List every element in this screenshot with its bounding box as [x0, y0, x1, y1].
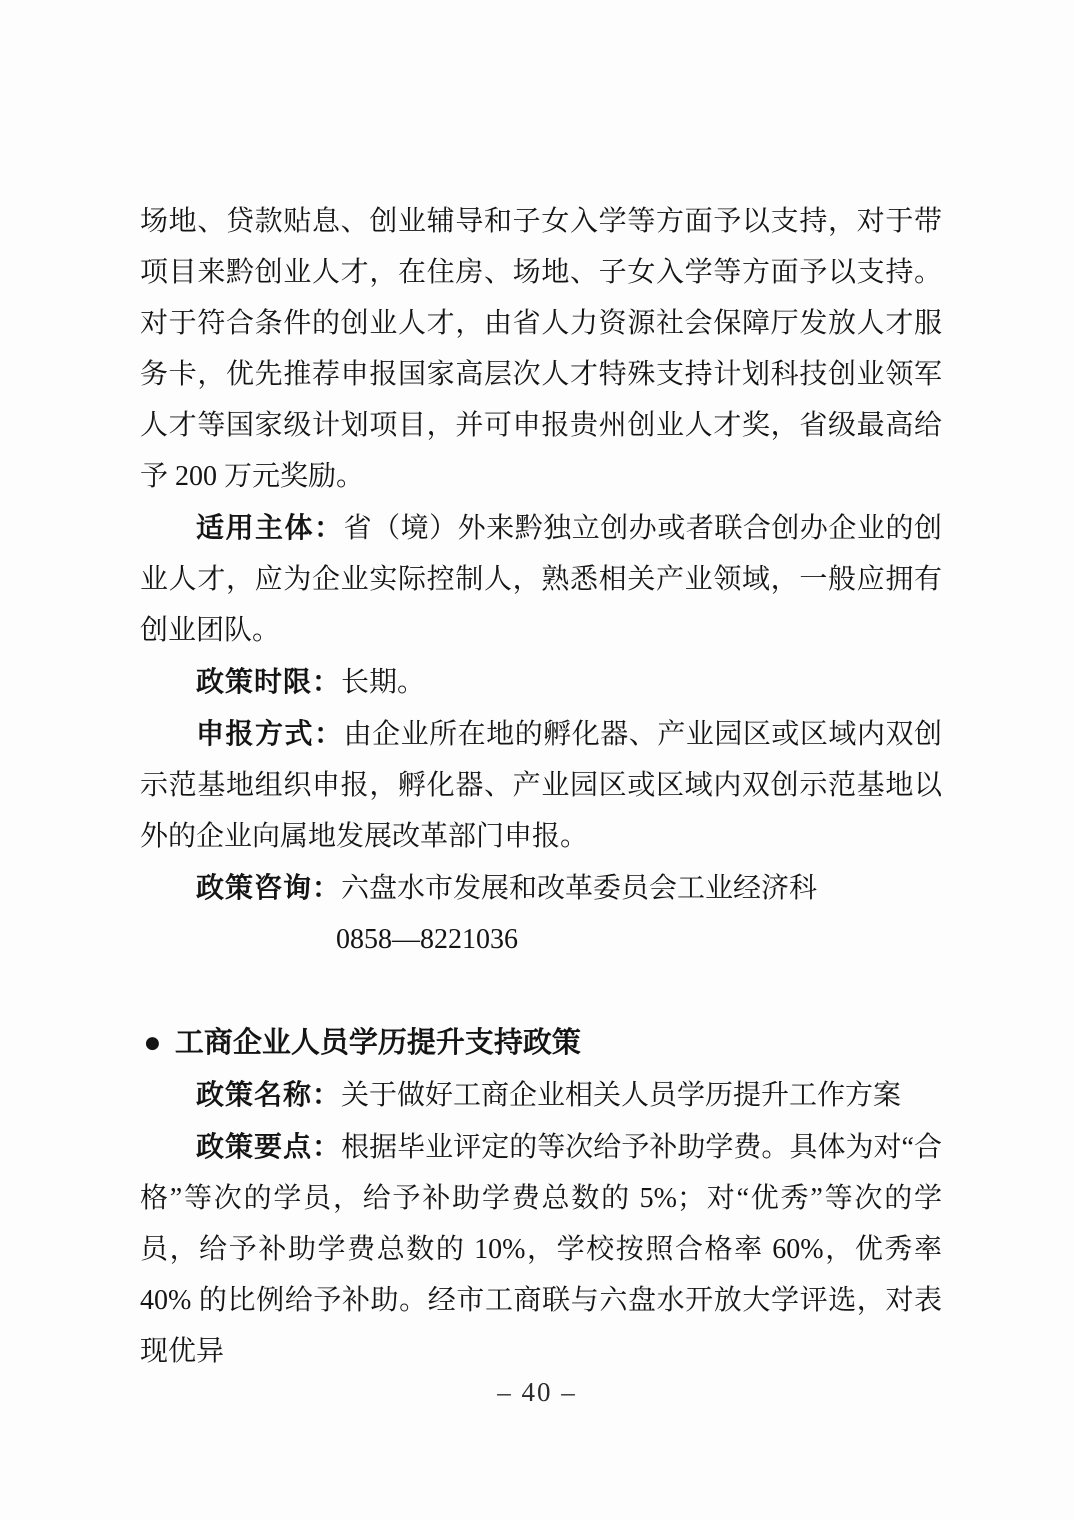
document-page: 场地、贷款贴息、创业辅导和子女入学等方面予以支持，对于带项目来黔创业人才，在住房… [0, 0, 1074, 1520]
bullet-icon: ● [145, 1018, 160, 1069]
policy-consultation-text: 六盘水市发展和改革委员会工业经济科 [341, 873, 817, 904]
section-heading: ● 工商企业人员学历提升支持政策 [140, 1018, 942, 1069]
policy-name-text: 关于做好工商企业相关人员学历提升工作方案 [341, 1080, 901, 1111]
contact-phone-number: 0858—8221036 [140, 914, 942, 965]
paragraph-policy-consultation: 政策咨询：六盘水市发展和改革委员会工业经济科 [140, 862, 942, 914]
paragraph-policy-name: 政策名称：关于做好工商企业相关人员学历提升工作方案 [140, 1069, 942, 1121]
paragraph-applicable-subject: 适用主体：省（境）外来黔独立创办或者联合创办企业的创业人才，应为企业实际控制人，… [140, 502, 942, 656]
policy-name-label: 政策名称： [196, 1079, 341, 1110]
page-content: 场地、贷款贴息、创业辅导和子女入学等方面予以支持，对于带项目来黔创业人才，在住房… [140, 196, 942, 1377]
policy-duration-text: 长期。 [341, 667, 425, 698]
paragraph-policy-points: 政策要点：根据毕业评定的等次给予补助学费。具体为对“合格”等次的学员，给予补助学… [140, 1121, 942, 1377]
application-method-label: 申报方式： [196, 718, 344, 749]
policy-duration-label: 政策时限： [196, 666, 341, 697]
policy-consultation-label: 政策咨询： [196, 872, 341, 903]
policy-points-text: 根据毕业评定的等次给予补助学费。具体为对“合格”等次的学员，给予补助学费总数的 … [140, 1132, 942, 1367]
policy-points-label: 政策要点： [196, 1131, 341, 1162]
paragraph-application-method: 申报方式：由企业所在地的孵化器、产业园区或区域内双创示范基地组织申报，孵化器、产… [140, 708, 942, 862]
paragraph-continuation: 场地、贷款贴息、创业辅导和子女入学等方面予以支持，对于带项目来黔创业人才，在住房… [140, 196, 942, 502]
paragraph-policy-duration: 政策时限：长期。 [140, 656, 942, 708]
page-number: – 40 – [0, 1372, 1074, 1412]
applicable-subject-label: 适用主体： [196, 512, 344, 543]
section-title: 工商企业人员学历提升支持政策 [175, 1018, 581, 1069]
